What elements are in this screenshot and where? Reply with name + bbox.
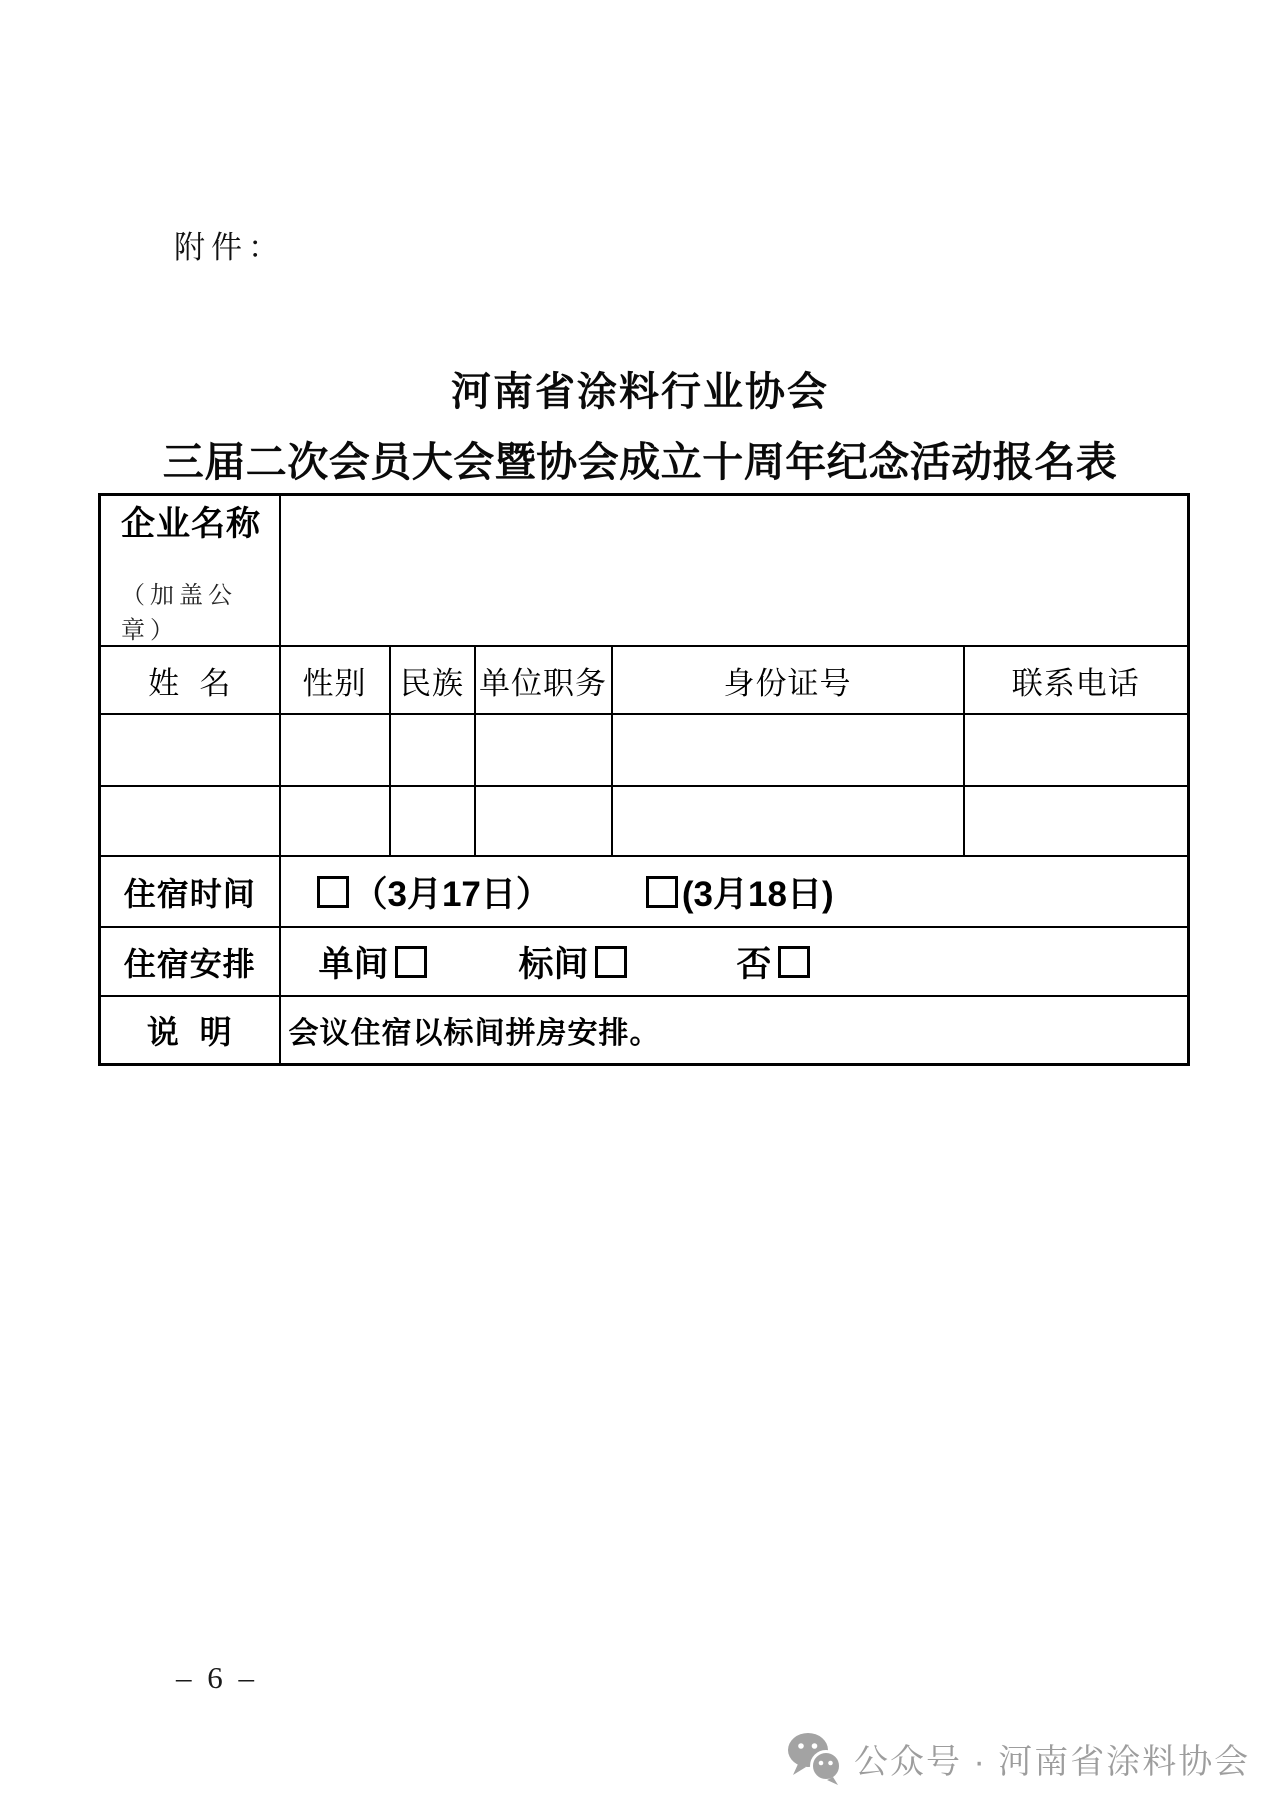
note-value-cell: 会议住宿以标间拼房安排。 (280, 996, 1189, 1064)
header-cell-name: 姓 名 (100, 646, 280, 714)
company-name-label-cell: 企业名称 （加盖公章） (100, 495, 280, 647)
wechat-icon (786, 1731, 844, 1785)
lodging-plan-option-single: 单间 (319, 937, 427, 987)
lodging-time-option-2-label: (3月18日) (682, 867, 834, 917)
header-cell-position: 单位职务 (475, 646, 612, 714)
empty-cell (475, 786, 612, 856)
header-cell-ethnicity: 民族 (390, 646, 475, 714)
checkbox-icon (646, 876, 678, 908)
company-seal-note: （加盖公章） (121, 575, 279, 645)
checkbox-icon (317, 876, 349, 908)
empty-cell (612, 714, 964, 786)
company-row: 企业名称 （加盖公章） (100, 495, 1189, 647)
note-text: 会议住宿以标间拼房安排。 (289, 1017, 661, 1050)
lodging-time-label: 住宿时间 (100, 856, 280, 927)
lodging-time-option-1-label: （3月17日） (353, 867, 551, 917)
lodging-plan-option-no-label: 否 (737, 937, 772, 987)
empty-cell (475, 714, 612, 786)
empty-cell (100, 714, 280, 786)
note-label: 说 明 (100, 996, 280, 1064)
document-title: 河南省涂料行业协会 (0, 360, 1280, 417)
registration-table: 企业名称 （加盖公章） 姓 名 性别 民族 单位职务 身份证号 联系电话 (98, 493, 1190, 1066)
empty-cell (100, 786, 280, 856)
empty-cell (280, 786, 390, 856)
company-name-label: 企业名称 (121, 496, 279, 545)
note-row: 说 明 会议住宿以标间拼房安排。 (100, 996, 1189, 1064)
lodging-plan-option-standard-label: 标间 (519, 937, 589, 987)
lodging-plan-label: 住宿安排 (100, 927, 280, 996)
lodging-plan-row: 住宿安排 单间 标间 否 (100, 927, 1189, 996)
lodging-time-row: 住宿时间 （3月17日） (3月18日) (100, 856, 1189, 927)
lodging-plan-option-single-label: 单间 (319, 937, 389, 987)
empty-cell (390, 714, 475, 786)
empty-cell (612, 786, 964, 856)
attendee-row-1 (100, 714, 1189, 786)
empty-cell (964, 714, 1189, 786)
checkbox-icon (595, 946, 627, 978)
lodging-plan-option-standard: 标间 (519, 937, 627, 987)
empty-cell (280, 714, 390, 786)
footer-account-text: 公众号 · 河南省涂料协会 (854, 1734, 1250, 1783)
lodging-plan-option-no: 否 (737, 937, 810, 987)
lodging-time-options-cell: （3月17日） (3月18日) (280, 856, 1189, 927)
lodging-time-option-1: （3月17日） (317, 867, 551, 917)
lodging-plan-options-cell: 单间 标间 否 (280, 927, 1189, 996)
empty-cell (390, 786, 475, 856)
attachment-label: 附件： (174, 222, 285, 267)
document-subtitle: 三届二次会员大会暨协会成立十周年纪念活动报名表 (0, 429, 1280, 488)
lodging-time-option-2: (3月18日) (646, 867, 834, 917)
header-cell-phone: 联系电话 (964, 646, 1189, 714)
page-number: – 6 – (176, 1660, 258, 1696)
header-cell-id-number: 身份证号 (612, 646, 964, 714)
header-row: 姓 名 性别 民族 单位职务 身份证号 联系电话 (100, 646, 1189, 714)
header-cell-gender: 性别 (280, 646, 390, 714)
footer: 公众号 · 河南省涂料协会 (786, 1731, 1250, 1785)
company-name-value-cell (280, 495, 1189, 647)
empty-cell (964, 786, 1189, 856)
checkbox-icon (395, 946, 427, 978)
attendee-row-2 (100, 786, 1189, 856)
checkbox-icon (778, 946, 810, 978)
